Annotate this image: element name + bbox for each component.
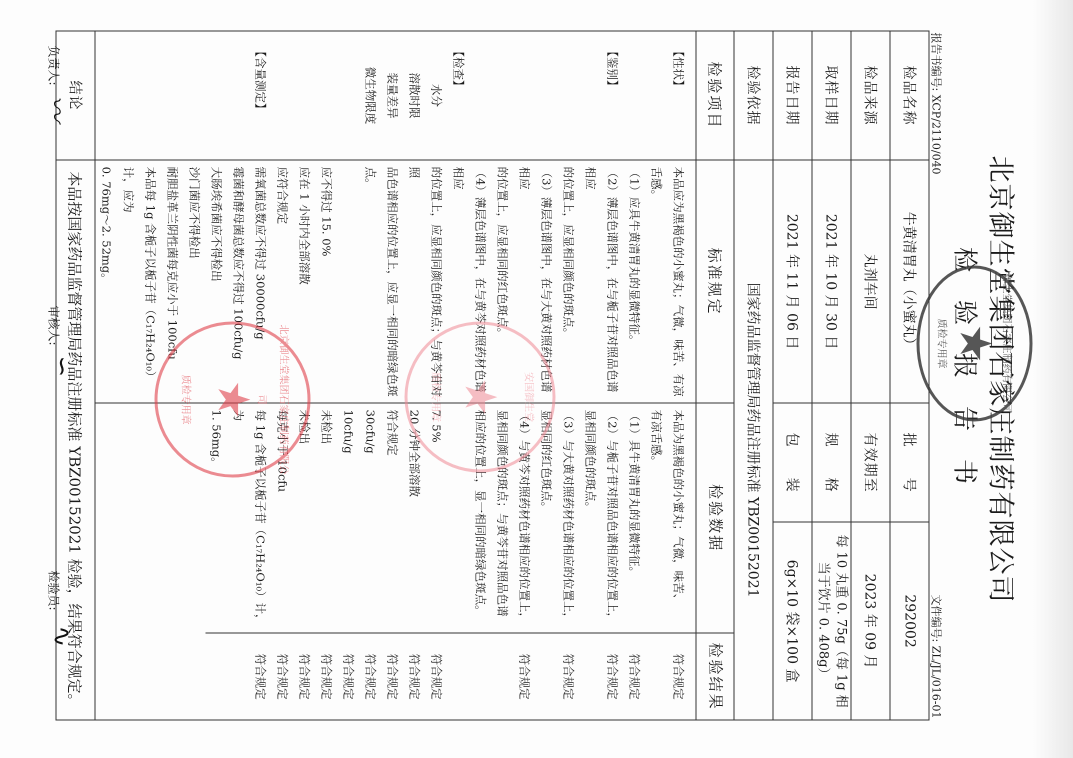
standard-line: 的位置上，应显相同颜色的斑点。: [558, 167, 580, 397]
standard-line: 品色谱相应的位置上，应显一相同的暗绿色斑点。: [360, 167, 404, 397]
result-line: 符合规定: [558, 634, 580, 720]
col-header-standard: 标准规定: [696, 160, 734, 403]
product-name: 牛黄清胃丸（小蜜丸）: [890, 160, 929, 403]
report-table: 检品名称 牛黄清胃丸（小蜜丸） 批 号 292002 检品来源 丸剂车间 有效期…: [56, 31, 930, 721]
result-line: [580, 634, 602, 720]
standard-line: （2）薄层色谱图中，在与栀子苷对照品色谱相应: [580, 167, 624, 397]
data-line: 未检出: [316, 410, 338, 627]
data-line: 显相同颜色的斑点。: [580, 410, 602, 627]
test-item-list: 【性状】 【鉴别】 【检查】 水分 溶散时限 装量差异 微生物限度 【含量测定】: [95, 31, 696, 160]
row-name-batch: 检品名称 牛黄清胃丸（小蜜丸） 批 号 292002: [890, 31, 929, 720]
result-line: [646, 634, 668, 720]
file-number: 文件编号: ZL/JL/016-01: [929, 595, 945, 719]
star-icon: ★: [458, 377, 502, 416]
col-header-item: 检验项目: [696, 31, 734, 160]
sample-date: 2021 年 10 月 30 日: [812, 160, 851, 403]
package: 6g×10 袋×100 盒: [773, 522, 812, 720]
row-report-package: 报告日期 2021 年 11 月 06 日 包 装 6g×10 袋×100 盒: [773, 31, 812, 720]
result-line: 符合规定: [316, 634, 338, 720]
result-line: [228, 634, 250, 720]
standard-line: 应不得过 15. 0%: [316, 167, 338, 397]
batch-number: 292002: [890, 522, 929, 720]
standard-line: 本品每 1g 含栀子以栀子苷（C₁₇H₂₄O₁₀）计，应为: [118, 167, 162, 397]
data-line: 30cfu/g: [360, 410, 382, 627]
result-column: 符合规定 符合规定符合规定 符合规定 符合规定 符合规定符合规定符合规定符合规定…: [206, 634, 696, 720]
report-date: 2021 年 11 月 06 日: [773, 160, 812, 403]
result-line: [536, 634, 558, 720]
star-icon: ★: [211, 380, 255, 419]
quality-seal-pink: 安国御生堂 ★ 质检专用章: [405, 322, 556, 473]
reviewer-signature: ∽: [47, 356, 77, 378]
result-line: 符合规定: [360, 634, 382, 720]
reviewer-label: 审核人:: [46, 306, 63, 346]
inspection-report-page: 北京御生堂集团石家庄制药有限公司 检验报告书 报告书编号: XCP/2110/0…: [0, 1, 1073, 758]
result-line: 符合规定: [602, 634, 624, 720]
data-line: 符合规定: [382, 410, 404, 627]
row-source-expiry: 检品来源 丸剂车间 有效期至 2023 年 09 月: [851, 31, 890, 720]
product-source: 丸剂车间: [851, 160, 890, 403]
result-line: 符合规定: [382, 634, 404, 720]
specification: 每 10 丸重 0. 75g（每 1g 相当于饮片 0. 408g）: [812, 522, 851, 720]
row-sample-spec: 取样日期 2021 年 10 月 30 日 规 格 每 10 丸重 0. 75g…: [812, 31, 851, 720]
table-header-row: 检验项目 标准规定 检验数据 检验结果: [696, 31, 734, 720]
standard-line: [338, 167, 360, 397]
data-line: （2）与栀子苷对照品色谱相应的位置上，: [602, 410, 624, 627]
data-line: 本品为黑褐色的小蜜丸；气微，味苦、: [668, 410, 690, 627]
quality-seal-black: 御生堂集团石家庄制药有限公司 ★ 质检专用章: [917, 266, 1033, 422]
standard-line: 本品应为黑褐色的小蜜丸；气微，味苦、有凉: [668, 167, 690, 397]
col-header-result: 检验结果: [697, 634, 734, 720]
data-line: 有凉舌感。: [646, 410, 668, 627]
row-basis: 检验依据 国家药品监督管理局药品注册标准 YBZ00152021: [734, 31, 773, 720]
result-line: 符合规定: [668, 634, 690, 720]
standard-column: 本品应为黑褐色的小蜜丸；气微，味苦、有凉舌感。（1）应具牛黄清胃丸的显微特征。（…: [95, 160, 696, 403]
quality-seal-red: 北京御生堂集团石家庄制药有限公司 ★ 质检专用章: [155, 322, 311, 478]
inspection-basis: 国家药品监督管理局药品注册标准 YBZ00152021: [734, 160, 773, 720]
result-line: [448, 634, 470, 720]
expiry-date: 2023 年 09 月: [851, 522, 890, 720]
result-line: 符合规定: [514, 634, 536, 720]
data-line: 10cfu/g: [338, 410, 360, 627]
standard-line: 舌感。: [646, 167, 668, 397]
responsible-signature: 〰︎: [40, 96, 77, 122]
result-line: 符合规定: [404, 634, 426, 720]
result-line: 符合规定: [426, 634, 448, 720]
standard-line: 0. 76mg～2. 52mg。: [96, 167, 118, 397]
standard-line: （1）应具牛黄清胃丸的显微特征。: [624, 167, 646, 397]
result-line: [470, 634, 492, 720]
inspector-label: 检验员:: [46, 571, 63, 611]
result-line: 符合规定: [294, 634, 316, 720]
data-line: （3）与大黄对照药材色谱相应的位置上，: [558, 410, 580, 627]
responsible-label: 负责人:: [46, 46, 63, 86]
col-header-data: 检验数据: [697, 404, 734, 634]
test-items-row: 【性状】 【鉴别】 【检查】 水分 溶散时限 装量差异 微生物限度 【含量测定】…: [95, 31, 696, 720]
result-line: 符合规定: [624, 634, 646, 720]
report-number: 报告书编号: XCP/2110/040: [929, 33, 945, 175]
result-line: [492, 634, 514, 720]
star-icon: ★: [953, 324, 997, 363]
result-line: 符合规定: [272, 634, 294, 720]
data-line: （1）具牛黄清胃丸的显微特征。: [624, 410, 646, 627]
inspector-signature: ∿: [47, 626, 77, 648]
result-line: 符合规定: [250, 634, 272, 720]
result-line: 符合规定: [338, 634, 360, 720]
